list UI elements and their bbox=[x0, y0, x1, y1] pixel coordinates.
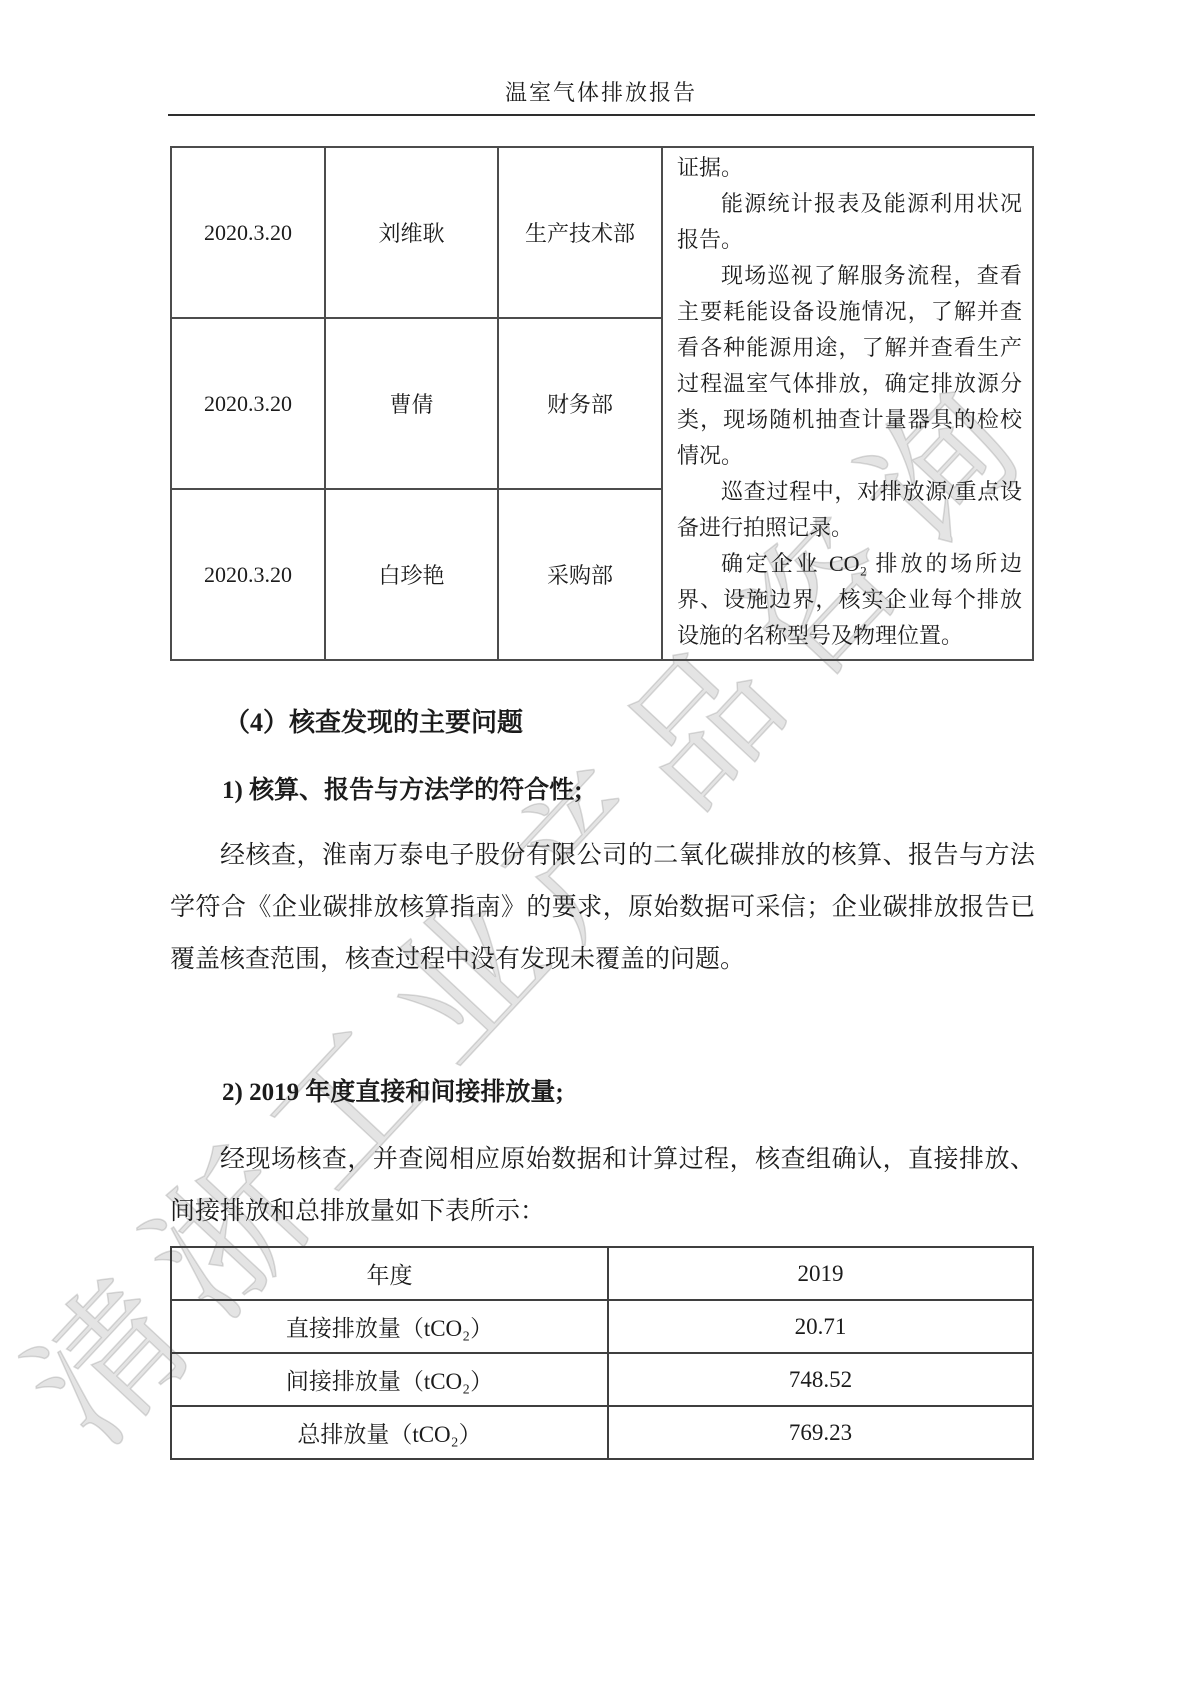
indirect-emissions-label-cell: 间接排放量（tCO₂） bbox=[171, 1353, 608, 1406]
evidence-notes-cell: 证据。 能源统计报表及能源利用状况报告。 现场巡视了解服务流程，查看主要耗能设备… bbox=[662, 147, 1033, 660]
evidence-paragraph: 确定企业 CO₂ 排放的场所边界、设施边界，核实企业每个排放设施的名称型号及物理… bbox=[677, 546, 1022, 654]
emissions-heading: 2) 2019 年度直接和间接排放量; bbox=[222, 1072, 564, 1108]
emissions-table: 年度 2019 直接排放量（tCO₂） 20.71 间接排放量（tCO₂） 74… bbox=[170, 1246, 1034, 1460]
interviewee-name-cell: 曹倩 bbox=[325, 318, 498, 489]
report-page: 清浙工业产品咨询 温室气体排放报告 2020.3.20 刘维耿 生产技术部 证据… bbox=[0, 0, 1202, 1702]
table-row: 间接排放量（tCO₂） 748.52 bbox=[171, 1353, 1033, 1406]
emissions-intro-paragraph: 经现场核查，并查阅相应原始数据和计算过程，核查组确认，直接排放、间接排放和总排放… bbox=[170, 1134, 1035, 1238]
indirect-emissions-value-cell: 748.52 bbox=[608, 1353, 1033, 1406]
evidence-paragraph: 巡查过程中，对排放源/重点设备进行拍照记录。 bbox=[677, 474, 1022, 546]
visit-date-cell: 2020.3.20 bbox=[171, 318, 325, 489]
department-cell: 财务部 bbox=[498, 318, 662, 489]
conformity-paragraph: 经核查，淮南万泰电子股份有限公司的二氧化碳排放的核算、报告与方法学符合《企业碳排… bbox=[170, 830, 1035, 986]
header-rule bbox=[168, 114, 1035, 116]
evidence-paragraph: 能源统计报表及能源利用状况报告。 bbox=[677, 186, 1022, 258]
total-emissions-value-cell: 769.23 bbox=[608, 1406, 1033, 1459]
department-cell: 生产技术部 bbox=[498, 147, 662, 318]
department-cell: 采购部 bbox=[498, 489, 662, 660]
table-row: 2020.3.20 刘维耿 生产技术部 证据。 能源统计报表及能源利用状况报告。… bbox=[171, 147, 1033, 318]
table-row: 总排放量（tCO₂） 769.23 bbox=[171, 1406, 1033, 1459]
year-value-cell: 2019 bbox=[608, 1247, 1033, 1300]
page-header-title: 温室气体排放报告 bbox=[0, 76, 1202, 107]
conformity-heading: 1) 核算、报告与方法学的符合性; bbox=[222, 770, 582, 806]
direct-emissions-label-cell: 直接排放量（tCO₂） bbox=[171, 1300, 608, 1353]
interviewee-name-cell: 刘维耿 bbox=[325, 147, 498, 318]
direct-emissions-value-cell: 20.71 bbox=[608, 1300, 1033, 1353]
year-label-cell: 年度 bbox=[171, 1247, 608, 1300]
table-row: 直接排放量（tCO₂） 20.71 bbox=[171, 1300, 1033, 1353]
visit-date-cell: 2020.3.20 bbox=[171, 489, 325, 660]
table-row: 年度 2019 bbox=[171, 1247, 1033, 1300]
visit-date-cell: 2020.3.20 bbox=[171, 147, 325, 318]
interviewee-name-cell: 白珍艳 bbox=[325, 489, 498, 660]
findings-heading: （4）核查发现的主要问题 bbox=[224, 702, 523, 739]
evidence-paragraph: 现场巡视了解服务流程，查看主要耗能设备设施情况，了解并查看各种能源用途，了解并查… bbox=[677, 258, 1022, 474]
total-emissions-label-cell: 总排放量（tCO₂） bbox=[171, 1406, 608, 1459]
site-visit-table: 2020.3.20 刘维耿 生产技术部 证据。 能源统计报表及能源利用状况报告。… bbox=[170, 146, 1034, 661]
evidence-paragraph: 证据。 bbox=[677, 150, 1022, 186]
